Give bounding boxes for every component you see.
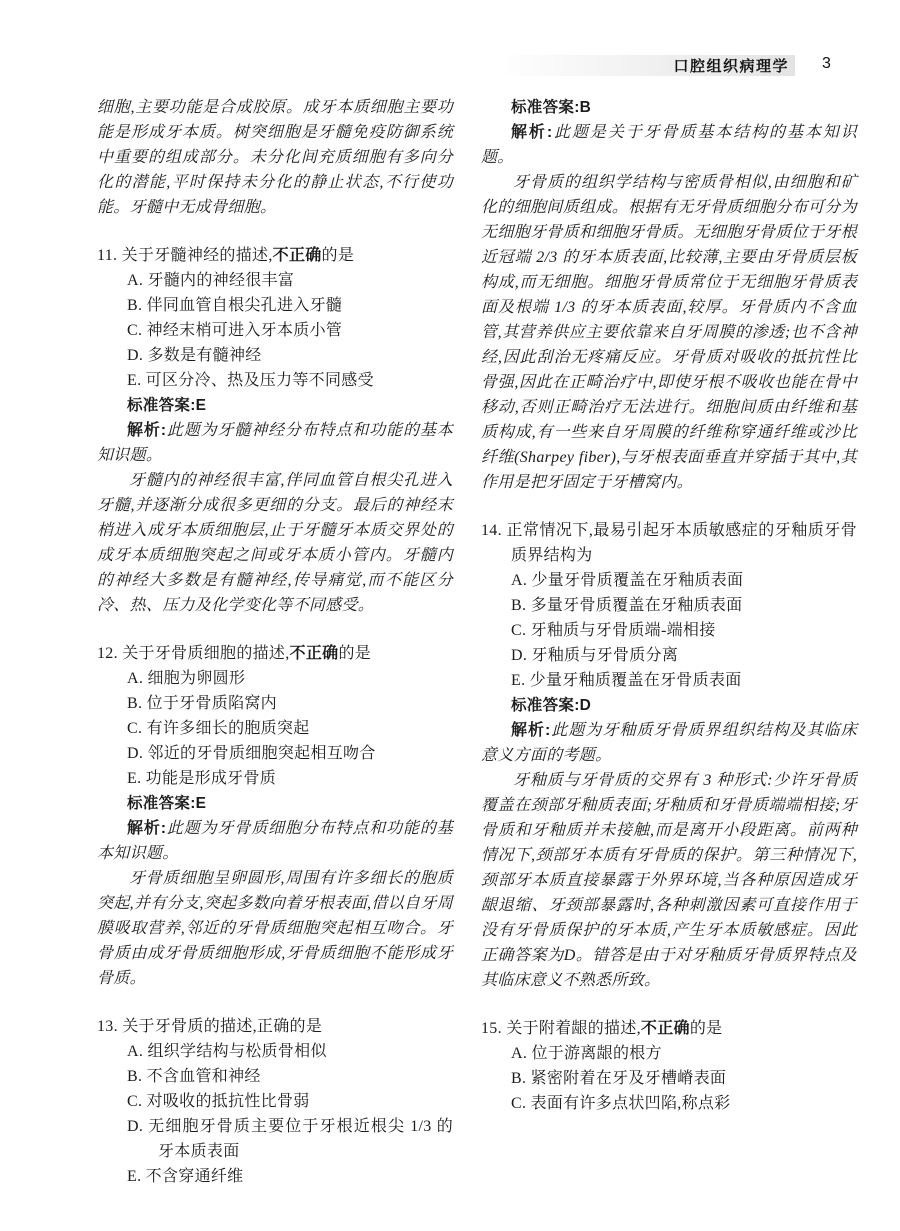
stem-text: 正常情况下,最易引起牙本质敏感症的牙釉质牙骨质界结构为 xyxy=(506,522,857,564)
option-item: A. 细胞为卵圆形 xyxy=(127,666,453,691)
answer-line: 标准答案:D xyxy=(511,693,857,718)
book-title: 口腔组织病理学 xyxy=(673,55,789,76)
page-number: 3 xyxy=(822,55,831,73)
continued-paragraph: 细胞,主要功能是合成胶原。成牙本质细胞主要功能是形成牙本质。树突细胞是牙髓免疫防… xyxy=(97,95,453,220)
stem-text-post: 的是 xyxy=(690,1020,723,1037)
explanation-paragraph: 牙髓内的神经很丰富,伴同血管自根尖孔进入牙髓,并逐渐分成很多更细的分支。最后的神… xyxy=(97,468,453,618)
question-stem: 15.关于附着龈的描述,不正确的是 xyxy=(481,1016,857,1041)
stem-text: 关于附着龈的描述, xyxy=(506,1020,641,1037)
option-item: B. 不含血管和神经 xyxy=(127,1064,453,1089)
option-item: E. 功能是形成牙骨质 xyxy=(127,766,453,791)
question-block-14: 14.正常情况下,最易引起牙本质敏感症的牙釉质牙骨质界结构为 A. 少量牙骨质覆… xyxy=(481,518,857,993)
answer-line: 标准答案:E xyxy=(127,791,453,816)
analysis-paragraph: 解析:此题为牙釉质牙骨质界组织结构及其临床意义方面的考题。 xyxy=(481,718,857,768)
option-item: D. 多数是有髓神经 xyxy=(127,343,453,368)
stem-text: 关于牙髓神经的描述, xyxy=(122,247,273,264)
analysis-label: 解析: xyxy=(511,124,552,141)
question-block-13: 13.关于牙骨质的描述,正确的是 A. 组织学结构与松质骨相似 B. 不含血管和… xyxy=(97,1014,453,1189)
option-item: E. 可区分冷、热及压力等不同感受 xyxy=(127,368,453,393)
question-stem: 12.关于牙骨质细胞的描述,不正确的是 xyxy=(97,641,453,666)
option-item: C. 神经末梢可进入牙本质小管 xyxy=(127,318,453,343)
question-block-15: 15.关于附着龈的描述,不正确的是 A. 位于游离龈的根方 B. 紧密附着在牙及… xyxy=(481,1016,857,1116)
question-number: 11. xyxy=(97,247,122,264)
explanation-paragraph: 牙釉质与牙骨质的交界有 3 种形式:少许牙骨质覆盖在颈部牙釉质表面;牙釉质和牙骨… xyxy=(481,768,857,993)
header-bar: 口腔组织病理学 xyxy=(506,55,795,76)
option-item: A. 牙髓内的神经很丰富 xyxy=(127,268,453,293)
question-stem: 13.关于牙骨质的描述,正确的是 xyxy=(97,1014,453,1039)
option-item: E. 不含穿通纤维 xyxy=(127,1164,453,1189)
option-item: A. 组织学结构与松质骨相似 xyxy=(127,1039,453,1064)
option-item: C. 有许多细长的胞质突起 xyxy=(127,716,453,741)
option-item: D. 无细胞牙骨质主要位于牙根近根尖 1/3 的牙本质表面 xyxy=(127,1114,453,1164)
question-stem: 11.关于牙髓神经的描述,不正确的是 xyxy=(97,243,453,268)
question-13-answer-block: 标准答案:B 解析:此题是关于牙骨质基本结构的基本知识题。 牙骨质的组织学结构与… xyxy=(481,95,857,495)
question-number: 14. xyxy=(481,522,506,539)
option-item: B. 位于牙骨质陷窝内 xyxy=(127,691,453,716)
option-item: B. 紧密附着在牙及牙槽嵴表面 xyxy=(511,1066,857,1091)
question-number: 12. xyxy=(97,645,122,662)
stem-bold-text: 不正确 xyxy=(641,1020,690,1037)
analysis-paragraph: 解析:此题为牙骨质细胞分布特点和功能的基本知识题。 xyxy=(97,816,453,866)
question-number: 15. xyxy=(481,1020,506,1037)
option-item: B. 多量牙骨质覆盖在牙釉质表面 xyxy=(511,593,857,618)
option-item: D. 邻近的牙骨质细胞突起相互吻合 xyxy=(127,741,453,766)
option-item: E. 少量牙釉质覆盖在牙骨质表面 xyxy=(511,668,857,693)
question-number: 13. xyxy=(97,1018,122,1035)
answer-line: 标准答案:E xyxy=(127,393,453,418)
option-item: A. 少量牙骨质覆盖在牙釉质表面 xyxy=(511,568,857,593)
option-item: A. 位于游离龈的根方 xyxy=(511,1041,857,1066)
option-item: D. 牙釉质与牙骨质分离 xyxy=(511,643,857,668)
explanation-paragraph: 牙骨质的组织学结构与密质骨相似,由细胞和矿化的细胞间质组成。根据有无牙骨质细胞分… xyxy=(481,170,857,495)
analysis-paragraph: 解析:此题是关于牙骨质基本结构的基本知识题。 xyxy=(481,120,857,170)
option-item: B. 伴同血管自根尖孔进入牙髓 xyxy=(127,293,453,318)
analysis-label: 解析: xyxy=(511,722,551,739)
analysis-label: 解析: xyxy=(127,820,166,837)
option-item: C. 表面有许多点状凹陷,称点彩 xyxy=(511,1091,857,1116)
option-item: C. 对吸收的抵抗性比骨弱 xyxy=(127,1089,453,1114)
column-left: 细胞,主要功能是合成胶原。成牙本质细胞主要功能是形成牙本质。树突细胞是牙髓免疫防… xyxy=(97,95,453,1189)
question-block-11: 11.关于牙髓神经的描述,不正确的是 A. 牙髓内的神经很丰富 B. 伴同血管自… xyxy=(97,243,453,618)
stem-text: 关于牙骨质的描述,正确的是 xyxy=(122,1018,322,1035)
answer-line: 标准答案:B xyxy=(511,95,857,120)
option-item: C. 牙釉质与牙骨质端-端相接 xyxy=(511,618,857,643)
stem-text-post: 的是 xyxy=(322,247,355,264)
stem-bold-text: 不正确 xyxy=(290,645,339,662)
analysis-label: 解析: xyxy=(127,422,166,439)
analysis-paragraph: 解析:此题为牙髓神经分布特点和功能的基本知识题。 xyxy=(97,418,453,468)
column-right: 标准答案:B 解析:此题是关于牙骨质基本结构的基本知识题。 牙骨质的组织学结构与… xyxy=(481,95,857,1116)
document-page: 口腔组织病理学 3 细胞,主要功能是合成胶原。成牙本质细胞主要功能是形成牙本质。… xyxy=(0,0,900,1231)
stem-bold-text: 不正确 xyxy=(273,247,322,264)
stem-text: 关于牙骨质细胞的描述, xyxy=(122,645,289,662)
question-stem: 14.正常情况下,最易引起牙本质敏感症的牙釉质牙骨质界结构为 xyxy=(481,518,857,568)
explanation-paragraph: 牙骨质细胞呈卵圆形,周围有许多细长的胞质突起,并有分支,突起多数向着牙根表面,借… xyxy=(97,866,453,991)
stem-text-post: 的是 xyxy=(338,645,371,662)
question-block-12: 12.关于牙骨质细胞的描述,不正确的是 A. 细胞为卵圆形 B. 位于牙骨质陷窝… xyxy=(97,641,453,991)
